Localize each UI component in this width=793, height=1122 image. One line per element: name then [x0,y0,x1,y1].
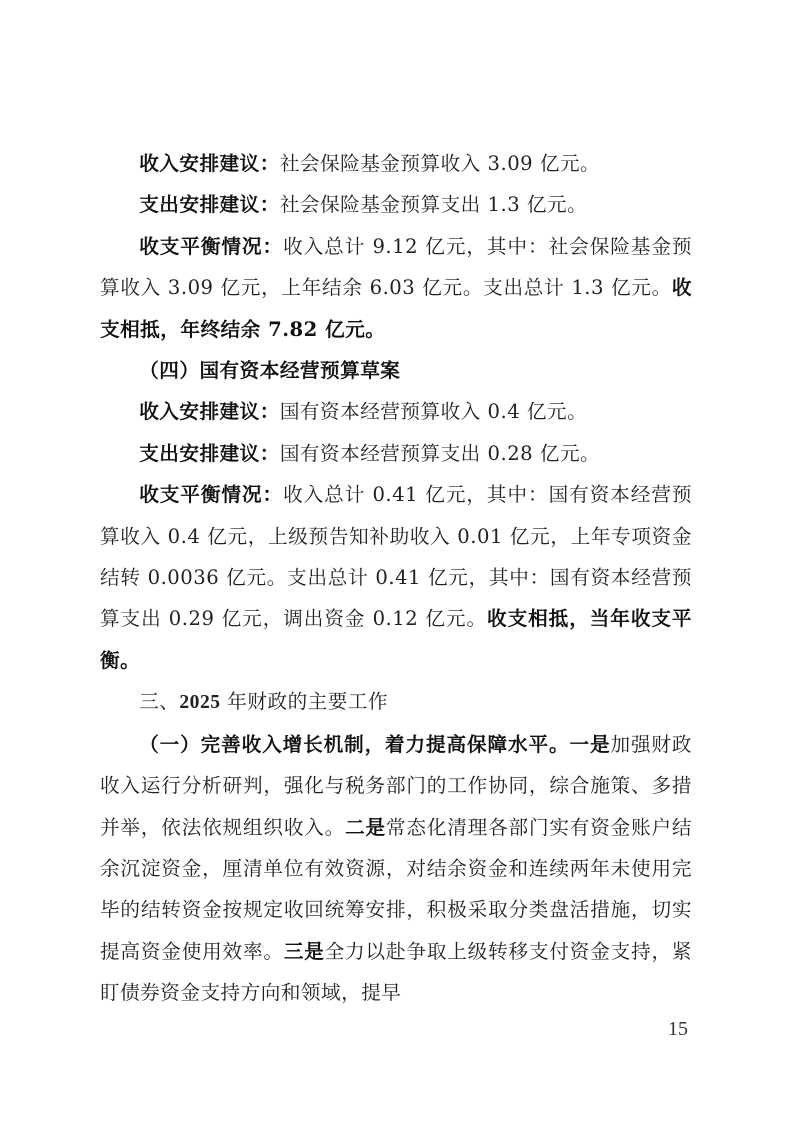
page-number: 15 [668,1018,688,1041]
task-heading: （一）完善收入增长机制，着力提高保障水平。 [139,733,569,756]
section-heading-state-capital: （四）国有资本经营预算草案 [100,350,692,391]
item-marker-1: 一是 [569,733,610,756]
text-body: 社会保险基金预算收入 3.09 亿元。 [280,152,600,175]
paragraph-state-capital-balance: 收支平衡情况：收入总计 0.41 亿元，其中：国有资本经营预算收入 0.4 亿元… [100,474,692,681]
text-body: 社会保险基金预算支出 1.3 亿元。 [280,193,587,216]
paragraph-social-insurance-income: 收入安排建议：社会保险基金预算收入 3.09 亿元。 [100,143,692,184]
paragraph-state-capital-income: 收入安排建议：国有资本经营预算收入 0.4 亿元。 [100,391,692,432]
heading-year: 2025 [179,692,220,713]
text-body: 国有资本经营预算收入 0.4 亿元。 [280,400,587,423]
heading-prefix: 三、 [139,690,179,713]
paragraph-social-insurance-expense: 支出安排建议：社会保险基金预算支出 1.3 亿元。 [100,184,692,225]
item-marker-3: 三是 [284,940,325,963]
text-body: 国有资本经营预算支出 0.28 亿元。 [280,442,600,465]
label-expense-suggestion: 支出安排建议： [139,442,280,465]
label-expense-suggestion: 支出安排建议： [139,193,280,216]
label-income-suggestion: 收入安排建议： [139,400,280,423]
paragraph-task-1: （一）完善收入增长机制，着力提高保障水平。一是加强财政收入运行分析研判，强化与税… [100,724,692,1014]
label-balance: 收支平衡情况： [139,235,283,258]
paragraph-state-capital-expense: 支出安排建议：国有资本经营预算支出 0.28 亿元。 [100,433,692,474]
document-page: 收入安排建议：社会保险基金预算收入 3.09 亿元。 支出安排建议：社会保险基金… [100,143,692,1014]
label-income-suggestion: 收入安排建议： [139,152,280,175]
label-balance: 收支平衡情况： [139,483,283,506]
paragraph-social-insurance-balance: 收支平衡情况：收入总计 9.12 亿元，其中：社会保险基金预算收入 3.09 亿… [100,226,692,350]
part-heading-main-work: 三、2025 年财政的主要工作 [100,681,692,723]
section-heading-text: （四）国有资本经营预算草案 [139,359,400,382]
item-marker-2: 二是 [345,816,386,839]
heading-suffix: 年财政的主要工作 [221,690,388,713]
